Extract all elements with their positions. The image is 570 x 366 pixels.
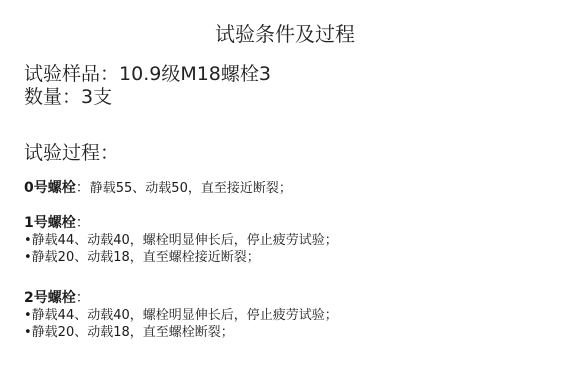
- bolt-1-colon: ：: [76, 215, 90, 231]
- page-title: 试验条件及过程: [0, 18, 570, 47]
- sample-label: 试验样品：: [24, 63, 119, 85]
- bolt-1-name: 1号螺栓：: [24, 215, 338, 232]
- bolt-2-section: 2号螺栓： •静载44、动载40，螺栓明显伸长后，停止疲劳试验； •静载20、动…: [24, 290, 338, 341]
- bolt-2-step-2: •静载20、动载18，直至螺栓断裂；: [24, 324, 338, 341]
- bolt-1-step-1: •静载44、动载40，螺栓明显伸长后，停止疲劳试验；: [24, 232, 338, 249]
- bolt-1-section: 1号螺栓： •静载44、动载40，螺栓明显伸长后，停止疲劳试验； •静载20、动…: [24, 215, 338, 266]
- bolt-0-name: 0号螺栓：: [24, 180, 90, 196]
- bolt-0-section: 0号螺栓：静载55、动载50，直至接近断裂；: [24, 180, 292, 197]
- quantity-value: 3支: [81, 86, 112, 108]
- bolt-0-inline-text: 静载55、动载50，直至接近断裂；: [90, 181, 292, 196]
- quantity-info: 数量：3支: [24, 86, 112, 108]
- process-heading: 试验过程：: [24, 138, 119, 165]
- bolt-2-step-1: •静载44、动载40，螺栓明显伸长后，停止疲劳试验；: [24, 307, 338, 324]
- bolt-2-colon: ：: [76, 290, 90, 306]
- sample-value: 10.9级M18螺栓3: [119, 63, 271, 85]
- bolt-0-colon: ：: [76, 180, 90, 196]
- sample-info: 试验样品：10.9级M18螺栓3: [24, 63, 271, 85]
- bolt-2-name-text: 2号螺栓: [24, 290, 76, 306]
- bolt-1-name-text: 1号螺栓: [24, 215, 76, 231]
- bolt-0-name-text: 0号螺栓: [24, 180, 76, 196]
- bolt-2-name: 2号螺栓：: [24, 290, 338, 307]
- quantity-label: 数量：: [24, 86, 81, 108]
- bolt-1-step-2: •静载20、动载18，直至螺栓接近断裂；: [24, 249, 338, 266]
